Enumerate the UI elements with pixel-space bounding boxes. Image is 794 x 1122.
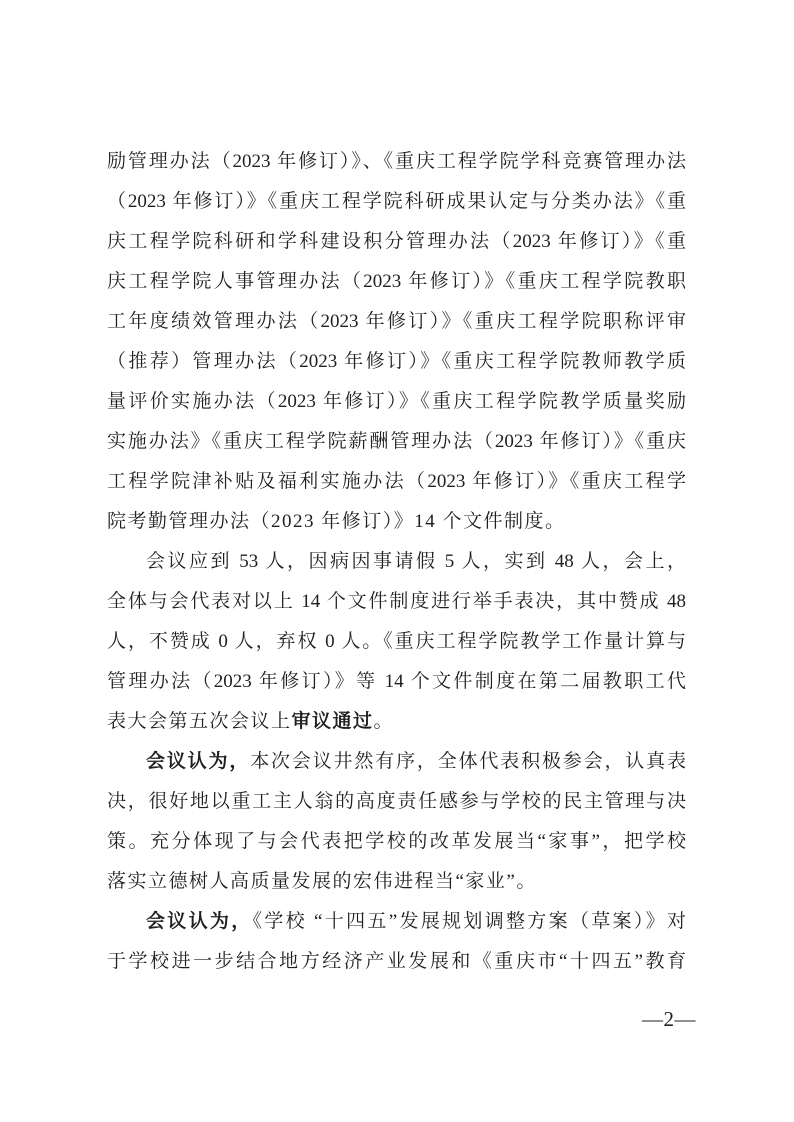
paragraph: 会议认为，本次会议井然有序，全体代表积极参会，认真表 决，很好地以重工主人翁的高… xyxy=(107,742,686,902)
text-line: 于学校进一步结合地方经济产业发展和《重庆市“十四五”教育 xyxy=(107,942,686,982)
line-text: 实施办法》《重庆工程学院薪酬管理办法（2023 年修订）》《重庆 xyxy=(107,431,686,452)
line-text: 全体与会代表对以上 14 个文件制度进行举手表决，其中赞成 48 xyxy=(107,591,686,612)
paragraph: 会议应到 53 人，因病因事请假 5 人，实到 48 人，会上， 全体与会代表对… xyxy=(107,542,686,742)
line-text: 会议应到 53 人，因病因事请假 5 人，实到 48 人，会上， xyxy=(146,551,686,572)
line-text: 于学校进一步结合地方经济产业发展和《重庆市“十四五”教育 xyxy=(107,951,686,972)
line-text: 决，很好地以重工主人翁的高度责任感参与学校的民主管理与决 xyxy=(107,791,686,812)
text-line: 工年度绩效管理办法（2023 年修订）》《重庆工程学院职称评审 xyxy=(107,302,686,342)
text-line: 励管理办法（2023 年修订）》、《重庆工程学院学科竞赛管理办法 xyxy=(107,142,686,182)
line-text: 表大会第五次会议上 xyxy=(107,711,292,732)
line-text: 管理办法（2023 年修订）》等 14 个文件制度在第二届教职工代 xyxy=(107,671,686,692)
text-line: 策。充分体现了与会代表把学校的改革发展当“家事”，把学校 xyxy=(107,822,686,862)
line-text: （推荐）管理办法（2023 年修订）》《重庆工程学院教师教学质 xyxy=(107,351,686,372)
paragraph: 会议认为，《学校 “十四五”发展规划调整方案（草案）》对 于学校进一步结合地方经… xyxy=(107,902,686,982)
line-text: 庆工程学院科研和学科建设积分管理办法（2023 年修订）》《重 xyxy=(107,231,686,252)
line-text: 工年度绩效管理办法（2023 年修订）》《重庆工程学院职称评审 xyxy=(107,311,686,332)
text-line: 庆工程学院人事管理办法（2023 年修订）》《重庆工程学院教职 xyxy=(107,262,686,302)
bold-emphasis-text: 审议通过 xyxy=(292,711,374,732)
document-page: 励管理办法（2023 年修订）》、《重庆工程学院学科竞赛管理办法 （2023 年… xyxy=(0,0,794,1122)
bold-emphasis-text: 会议认为， xyxy=(146,911,253,932)
page-number: —2— xyxy=(642,1006,696,1032)
line-text: 。 xyxy=(374,711,395,732)
text-line: 表大会第五次会议上审议通过。 xyxy=(107,702,686,742)
text-line: 量评价实施办法（2023 年修订）》《重庆工程学院教学质量奖励 xyxy=(107,382,686,422)
text-line: 会议应到 53 人，因病因事请假 5 人，实到 48 人，会上， xyxy=(107,542,686,582)
text-line: （推荐）管理办法（2023 年修订）》《重庆工程学院教师教学质 xyxy=(107,342,686,382)
line-text: 励管理办法（2023 年修订）》、《重庆工程学院学科竞赛管理办法 xyxy=(107,151,686,172)
line-text: （2023 年修订）》《重庆工程学院科研成果认定与分类办法》《重 xyxy=(107,191,686,212)
line-text: 庆工程学院人事管理办法（2023 年修订）》《重庆工程学院教职 xyxy=(107,271,686,292)
text-line: 实施办法》《重庆工程学院薪酬管理办法（2023 年修订）》《重庆 xyxy=(107,422,686,462)
line-text: 落实立德树人高质量发展的宏伟进程当“家业”。 xyxy=(107,871,537,892)
text-line: 落实立德树人高质量发展的宏伟进程当“家业”。 xyxy=(107,862,686,902)
line-text: 人，不赞成 0 人，弃权 0 人。《重庆工程学院教学工作量计算与 xyxy=(107,631,686,652)
line-text: 量评价实施办法（2023 年修订）》《重庆工程学院教学质量奖励 xyxy=(107,391,686,412)
text-line: 人，不赞成 0 人，弃权 0 人。《重庆工程学院教学工作量计算与 xyxy=(107,622,686,662)
line-text: 策。充分体现了与会代表把学校的改革发展当“家事”，把学校 xyxy=(107,831,686,852)
document-body: 励管理办法（2023 年修订）》、《重庆工程学院学科竞赛管理办法 （2023 年… xyxy=(107,142,686,982)
text-line: 会议认为，《学校 “十四五”发展规划调整方案（草案）》对 xyxy=(107,902,686,942)
text-line: 会议认为，本次会议井然有序，全体代表积极参会，认真表 xyxy=(107,742,686,782)
text-line: 工程学院津补贴及福利实施办法（2023 年修订）》《重庆工程学 xyxy=(107,462,686,502)
text-line: 院考勤管理办法（2023 年修订）》14 个文件制度。 xyxy=(107,502,686,542)
text-line: 全体与会代表对以上 14 个文件制度进行举手表决，其中赞成 48 xyxy=(107,582,686,622)
text-line: 决，很好地以重工主人翁的高度责任感参与学校的民主管理与决 xyxy=(107,782,686,822)
text-line: （2023 年修订）》《重庆工程学院科研成果认定与分类办法》《重 xyxy=(107,182,686,222)
line-text: 院考勤管理办法（2023 年修订）》14 个文件制度。 xyxy=(107,511,566,532)
line-text: 《学校 “十四五”发展规划调整方案（草案）》对 xyxy=(253,911,686,932)
paragraph: 励管理办法（2023 年修订）》、《重庆工程学院学科竞赛管理办法 （2023 年… xyxy=(107,142,686,542)
line-text: 本次会议井然有序，全体代表积极参会，认真表 xyxy=(250,751,686,772)
bold-emphasis-text: 会议认为， xyxy=(146,751,250,772)
line-text: 工程学院津补贴及福利实施办法（2023 年修订）》《重庆工程学 xyxy=(107,471,686,492)
text-line: 管理办法（2023 年修订）》等 14 个文件制度在第二届教职工代 xyxy=(107,662,686,702)
text-line: 庆工程学院科研和学科建设积分管理办法（2023 年修订）》《重 xyxy=(107,222,686,262)
